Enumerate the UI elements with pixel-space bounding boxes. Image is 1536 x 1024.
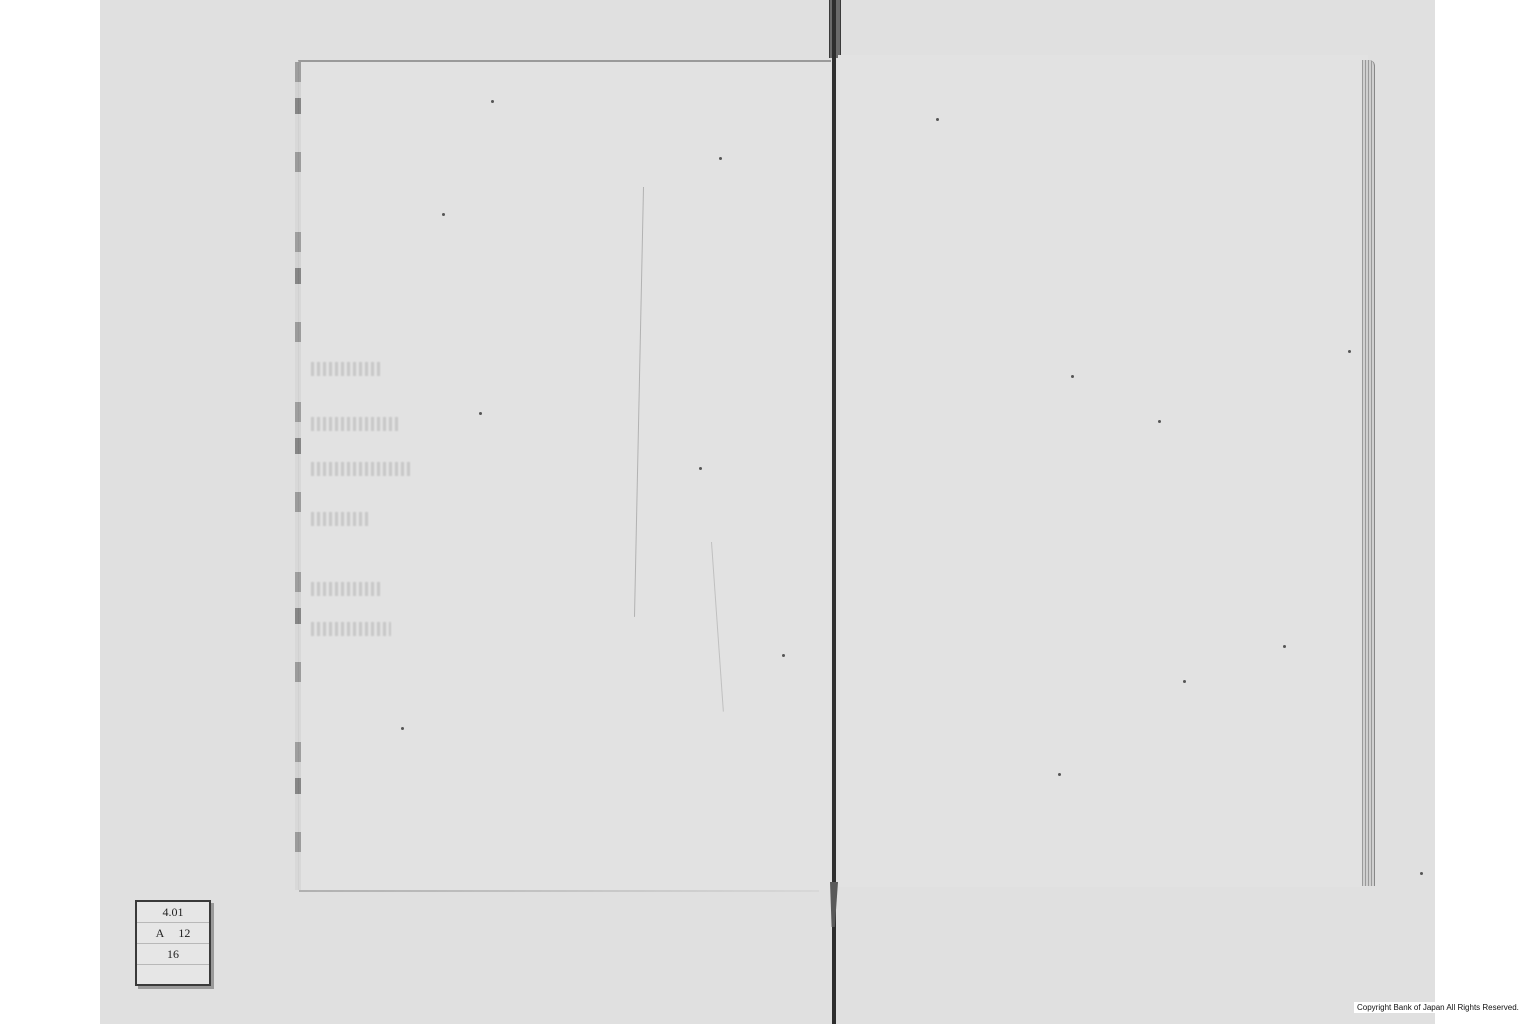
scanned-book-spread — [100, 0, 1435, 1024]
bleed-through-text — [311, 462, 411, 476]
call-number-volume: 12 — [178, 926, 190, 940]
paper-speck — [401, 727, 404, 730]
paper-speck — [1183, 680, 1186, 683]
bleed-through-text — [311, 512, 371, 526]
bleed-through-text — [311, 622, 391, 636]
paper-speck — [1058, 773, 1061, 776]
paper-speck — [491, 100, 494, 103]
paper-crease-secondary — [711, 542, 724, 712]
bleed-through-text — [311, 362, 381, 376]
paper-speck — [699, 467, 702, 470]
call-number-row: 16 — [137, 944, 209, 965]
image-viewer: 4.01 A12 16 Copyright Bank of Japan All … — [0, 0, 1536, 1024]
left-page-bottom-edge — [299, 890, 819, 892]
call-number-letter: A — [156, 926, 165, 940]
paper-speck — [719, 157, 722, 160]
bleed-through-text — [311, 417, 401, 431]
left-binding-edge — [295, 62, 301, 890]
call-number-row — [137, 965, 209, 985]
paper-speck — [936, 118, 939, 121]
right-page-fore-edge — [1362, 60, 1375, 886]
paper-speck — [442, 213, 445, 216]
paper-speck — [1420, 872, 1423, 875]
paper-speck — [479, 412, 482, 415]
right-page — [838, 55, 1368, 887]
copyright-notice: Copyright Bank of Japan All Rights Reser… — [1354, 1002, 1522, 1013]
call-number-row: 4.01 — [137, 902, 209, 923]
call-number-label: 4.01 A12 16 — [135, 900, 211, 986]
paper-crease — [634, 187, 644, 617]
book-spine — [832, 0, 836, 1024]
bleed-through-text — [311, 582, 381, 596]
call-number-item: 16 — [167, 947, 179, 961]
call-number-class: 4.01 — [163, 905, 184, 919]
left-page — [298, 60, 831, 890]
paper-speck — [1158, 420, 1161, 423]
paper-speck — [1283, 645, 1286, 648]
call-number-row: A12 — [137, 923, 209, 944]
paper-speck — [1071, 375, 1074, 378]
paper-speck — [782, 654, 785, 657]
paper-speck — [1348, 350, 1351, 353]
